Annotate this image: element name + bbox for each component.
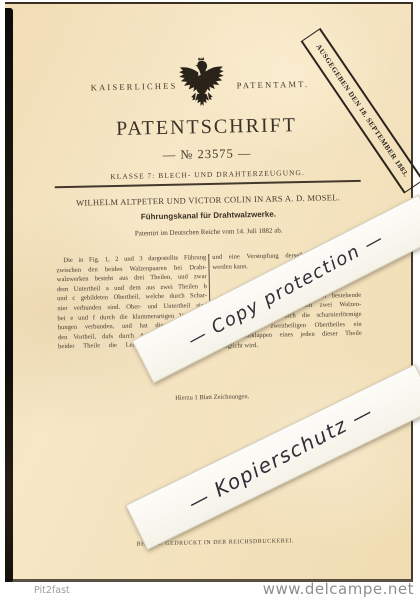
- office-name-left: KAISERLICHES: [91, 81, 178, 93]
- drawings-note: Hierzu 1 Blatt Zeichnungen.: [59, 391, 365, 404]
- seller-watermark: Pit2fast: [34, 585, 70, 596]
- patent-date-line: Patentirt im Deutschen Reiche vom 14. Ju…: [56, 225, 362, 239]
- patent-number: — № 23575 —: [54, 144, 360, 165]
- listing-footer: Pit2fast www.delcampe.net: [0, 582, 420, 600]
- inventors-line: WILHELM ALTPETER UND VICTOR COLIN IN ARS…: [45, 192, 371, 209]
- site-watermark: www.delcampe.net: [263, 580, 414, 598]
- invention-title: Führungskanal für Drahtwalzwerke.: [55, 208, 361, 223]
- document-type-title: PATENTSCHRIFT: [53, 113, 359, 142]
- imperial-eagle-icon: [178, 54, 225, 113]
- scanned-photo: KAISERLICHES PATENTAMT. PAT: [0, 0, 420, 600]
- printer-note: BERLIN. GEDRUCKT IN DER REICHSDRUCKEREI.: [62, 537, 368, 549]
- office-name-right: PATENTAMT.: [237, 79, 310, 91]
